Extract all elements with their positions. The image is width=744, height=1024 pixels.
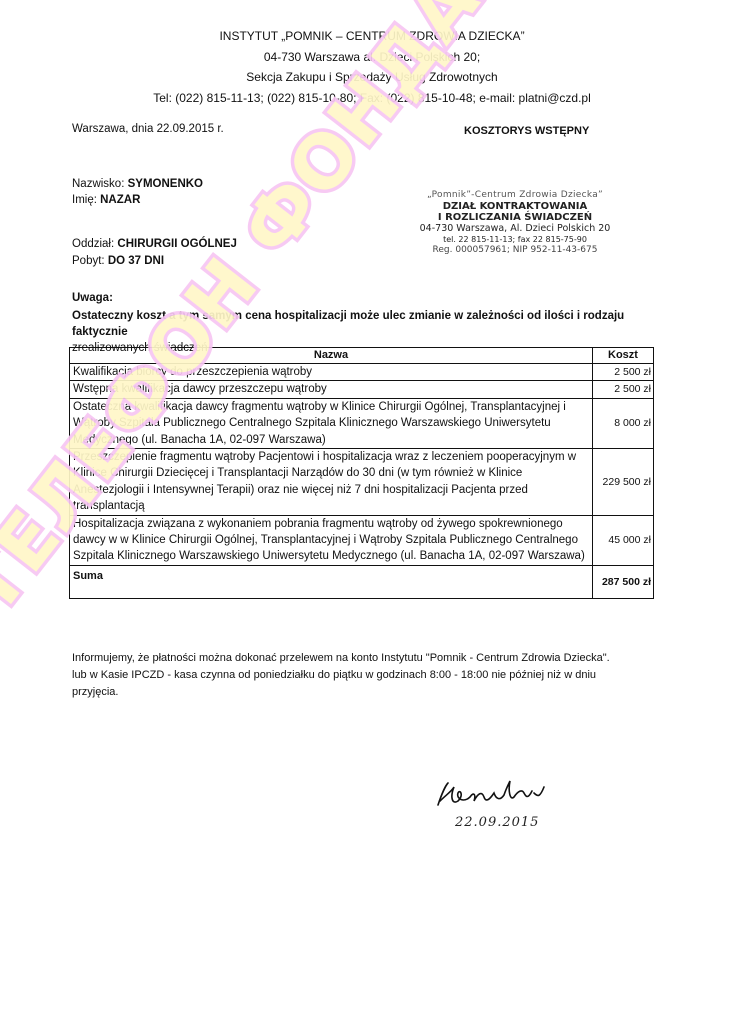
service-cost: 2 500 zł — [593, 364, 654, 381]
service-name: Wstępna kwalifikacja dawcy przeszczepu w… — [70, 381, 593, 398]
note-label: Uwaga: — [72, 292, 113, 304]
stamp-line: „Pomnik”-Centrum Zdrowia Dziecka” — [410, 190, 620, 201]
office-stamp: „Pomnik”-Centrum Zdrowia Dziecka” DZIAŁ … — [410, 190, 620, 256]
document-title: KOSZTORYS WSTĘPNY — [464, 125, 589, 137]
stay-label: Pobyt: — [72, 255, 108, 267]
name-label: Imię: — [72, 194, 100, 206]
table-header-row: Nazwa Koszt — [70, 348, 654, 364]
document-page: INSTYTUT „POMNIK – CENTRUM ZDROWIA DZIEC… — [0, 0, 744, 1024]
table-row: Ostateczna kwalifikacja dawcy fragmentu … — [70, 398, 654, 448]
stamp-line: DZIAŁ KONTRAKTOWANIA — [410, 201, 620, 212]
service-name: Kwalifikacja biorcy do przeszczepienia w… — [70, 364, 593, 381]
ward-label: Oddział: — [72, 238, 117, 250]
payment-info-line: lub w Kasie IPCZD - kasa czynna od ponie… — [72, 667, 672, 684]
total-value: 287 500 zł — [593, 565, 654, 598]
stay-value: DO 37 DNI — [108, 255, 164, 267]
table-row: Kwalifikacja biorcy do przeszczepienia w… — [70, 364, 654, 381]
stamp-line: Reg. 000057961; NIP 952-11-43-675 — [410, 245, 620, 256]
service-name: Przeszczepienie fragmentu wątroby Pacjen… — [70, 449, 593, 516]
table-row: Hospitalizacja związana z wykonaniem pob… — [70, 515, 654, 565]
name-value: NAZAR — [100, 194, 140, 206]
patient-name-field: Imię: NAZAR — [72, 194, 140, 206]
column-header-name: Nazwa — [70, 348, 593, 364]
payment-info-line: Informujemy, że płatności można dokonać … — [72, 650, 672, 667]
institution-name: INSTYTUT „POMNIK – CENTRUM ZDROWIA DZIEC… — [0, 26, 744, 47]
institution-address: 04-730 Warszawa al. Dzieci Polskich 20; — [0, 47, 744, 68]
stamp-line: I ROZLICZANIA ŚWIADCZEŃ — [410, 212, 620, 223]
stamp-line: 04-730 Warszawa, Al. Dzieci Polskich 20 — [410, 223, 620, 234]
surname-label: Nazwisko: — [72, 178, 128, 190]
service-name: Ostateczna kwalifikacja dawcy fragmentu … — [70, 398, 593, 448]
service-cost: 2 500 zł — [593, 381, 654, 398]
total-label: Suma — [70, 565, 593, 598]
institution-section: Sekcja Zakupu i Sprzedaży Usług Zdrowotn… — [0, 67, 744, 88]
surname-value: SYMONENKO — [128, 178, 203, 190]
table-row: Wstępna kwalifikacja dawcy przeszczepu w… — [70, 381, 654, 398]
column-header-cost: Koszt — [593, 348, 654, 364]
institution-contact: Tel: (022) 815-11-13; (022) 815-10-80; F… — [0, 88, 744, 109]
institution-header: INSTYTUT „POMNIK – CENTRUM ZDROWIA DZIEC… — [0, 26, 744, 108]
cost-table: Nazwa Koszt Kwalifikacja biorcy do przes… — [69, 347, 654, 599]
table-total-row: Suma 287 500 zł — [70, 565, 654, 598]
stamp-line: tel. 22 815-11-13; fax 22 815-75-90 — [410, 234, 620, 245]
payment-info: Informujemy, że płatności można dokonać … — [72, 650, 672, 701]
handwritten-signature — [430, 775, 580, 815]
ward-field: Oddział: CHIRURGII OGÓLNEJ — [72, 238, 237, 250]
service-cost: 45 000 zł — [593, 515, 654, 565]
note-bold-text: Ostateczny koszt a tym samym cena hospit… — [72, 308, 662, 340]
service-name: Hospitalizacja związana z wykonaniem pob… — [70, 515, 593, 565]
service-cost: 229 500 zł — [593, 449, 654, 516]
document-date: Warszawa, dnia 22.09.2015 r. — [72, 123, 224, 135]
signature-date: 22.09.2015 — [455, 815, 539, 830]
table-row: Przeszczepienie fragmentu wątroby Pacjen… — [70, 449, 654, 516]
payment-info-line: przyjęcia. — [72, 684, 672, 701]
ward-value: CHIRURGII OGÓLNEJ — [117, 238, 236, 250]
patient-surname-field: Nazwisko: SYMONENKO — [72, 178, 203, 190]
stay-field: Pobyt: DO 37 DNI — [72, 255, 164, 267]
service-cost: 8 000 zł — [593, 398, 654, 448]
